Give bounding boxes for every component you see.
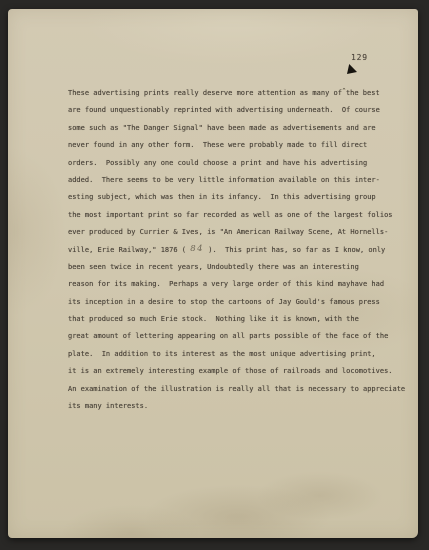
text-line: its many interests.	[68, 398, 416, 415]
text-line: orders. Possibly any one could choose a …	[68, 155, 416, 172]
text-line: the most important print so far recorded…	[68, 207, 416, 224]
text-line: been seen twice in recent years, Undoubt…	[68, 259, 416, 276]
typewritten-paragraph: These advertising prints really deserve …	[68, 85, 416, 415]
document-page: 129 These advertising prints really dese…	[8, 9, 418, 538]
text-segment: the best	[346, 89, 380, 97]
text-line: esting subject, which was then in its in…	[68, 189, 416, 206]
pencil-caret-mark: ^	[342, 83, 346, 100]
page-number: 129	[351, 53, 368, 62]
text-line: plate. In addition to its interest as th…	[68, 346, 416, 363]
text-line: An examination of the illustration is re…	[68, 381, 416, 398]
pencil-plate-number: 84	[190, 244, 204, 254]
text-line: added. There seems to be very little inf…	[68, 172, 416, 189]
text-line: never found in any other form. These wer…	[68, 137, 416, 154]
text-line: ville, Erie Railway," 1876 ( 84 ). This …	[68, 242, 416, 259]
text-line: some such as "The Danger Signal" have be…	[68, 120, 416, 137]
text-segment: ville, Erie Railway," 1876 (	[68, 246, 190, 254]
text-line: its inception in a desire to stop the ca…	[68, 294, 416, 311]
text-line: are found unquestionably reprinted with …	[68, 102, 416, 119]
photo-background: 129 These advertising prints really dese…	[0, 0, 429, 550]
text-line: These advertising prints really deserve …	[68, 85, 416, 102]
text-line: reason for its making. Perhaps a very la…	[68, 276, 416, 293]
text-line: great amount of lettering appearing on a…	[68, 328, 416, 345]
text-line: it is an extremely interesting example o…	[68, 363, 416, 380]
text-line: that produced so much Erie stock. Nothin…	[68, 311, 416, 328]
text-line: ever produced by Currier & Ives, is "An …	[68, 224, 416, 241]
flag-marker-icon	[347, 64, 357, 74]
text-segment: These advertising prints really deserve …	[68, 89, 342, 97]
text-segment: ). This print has, so far as I know, onl…	[204, 246, 385, 254]
